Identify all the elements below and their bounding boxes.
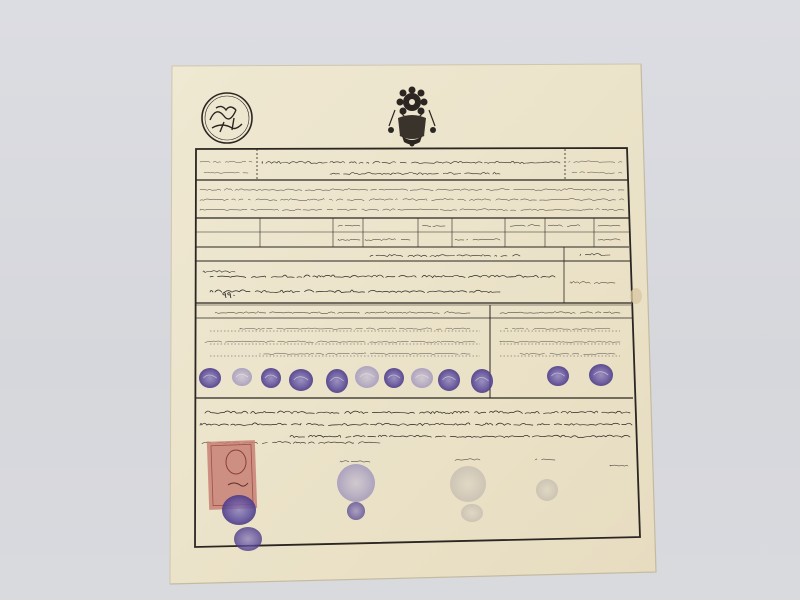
ink-seal	[411, 368, 433, 388]
document-photo: Photograph of an Ottoman-era printed lan…	[0, 0, 800, 600]
ink-seal	[261, 368, 281, 388]
ink-seal	[471, 369, 493, 393]
ink-seal	[326, 369, 348, 393]
ink-seal	[438, 369, 460, 391]
ink-seal	[199, 368, 221, 388]
stamp-overlay-seal	[222, 495, 256, 525]
paper-stain	[630, 288, 642, 304]
ink-seal	[547, 366, 569, 386]
ink-seal	[232, 368, 252, 386]
document-svg: ۹۹۰	[0, 0, 800, 600]
ink-seal	[384, 368, 404, 388]
handwritten-number: ۹۹۰	[222, 291, 237, 301]
lower-margin-seal	[234, 527, 262, 551]
ink-seal	[289, 369, 313, 391]
signature-seal-3	[536, 479, 558, 501]
ink-seal	[589, 364, 613, 386]
ink-seal	[355, 366, 379, 388]
